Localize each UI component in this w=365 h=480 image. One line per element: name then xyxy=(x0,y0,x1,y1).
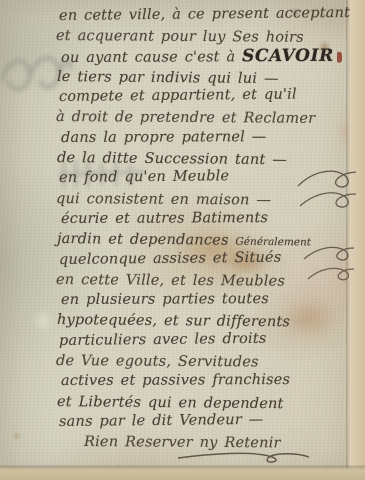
manuscript-line: compete et appartient, et qu'il xyxy=(59,84,362,107)
manuscript-line: en cette ville, à ce present acceptant xyxy=(59,3,362,26)
manuscript-line-text: ou ayant cause c'est à xyxy=(61,49,242,66)
stain-pale-spot-left xyxy=(30,310,56,332)
manuscript-line: en fond qu'en Meuble xyxy=(59,165,362,188)
manuscript-text-block: en cette ville, à ce present acceptant e… xyxy=(56,6,359,453)
manuscript-line: en plusieurs parties toutes xyxy=(61,289,364,311)
manuscript-line: actives et passives franchises xyxy=(61,370,364,392)
manuscript-page: en cette ville, à ce present acceptant e… xyxy=(0,0,365,480)
red-ink-mark xyxy=(337,51,342,62)
page-bottom-edge xyxy=(0,465,365,480)
manuscript-line: écurie et autres Batiments xyxy=(61,208,364,230)
stain-dot-bottom-left xyxy=(12,432,21,440)
manuscript-line: sans par le dit Vendeur — xyxy=(59,409,362,432)
manuscript-line: dans la propre paternel — xyxy=(61,126,364,148)
manuscript-line: particuliers avec les droits xyxy=(59,328,362,351)
manuscript-line: ou ayant cause c'est à SCAVOIR xyxy=(61,45,364,67)
manuscript-line-text: jardin et dependances xyxy=(57,231,236,249)
manuscript-line: quelconque assises et Situés xyxy=(59,246,362,269)
manuscript-line: Rien Reserver ny Retenir xyxy=(84,432,359,454)
scavoir-emphasis-word: SCAVOIR xyxy=(242,45,334,65)
